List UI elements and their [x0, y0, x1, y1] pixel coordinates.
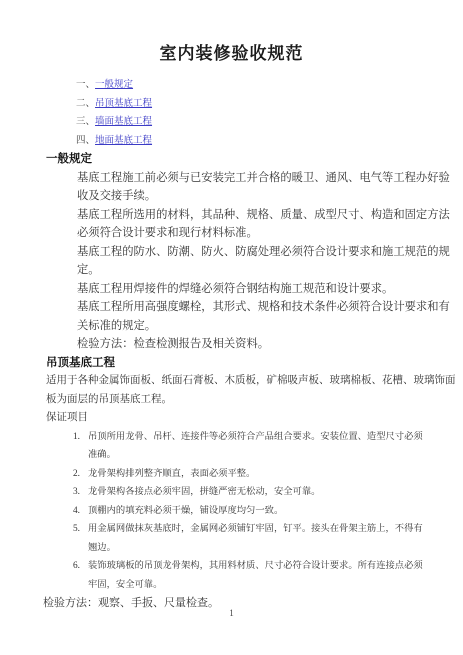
section-heading-ceiling-base: 吊顶基底工程 [46, 354, 463, 373]
toc-item-number: 四、 [76, 136, 95, 146]
list-item-text: 装饰玻璃板的吊顶龙骨架构，其用料材质、尺寸必符合设计要求。所有连接点必须牢固，安… [88, 557, 425, 594]
paragraph: 基底工程所选用的材料，其品种、规格、质量、成型尺寸、构造和固定方法必须符合设计要… [77, 206, 454, 243]
toc-link-wall-base[interactable]: 墙面基底工程 [95, 117, 152, 127]
table-of-contents: 一、一般规定 二、吊顶基底工程 三、墙面基底工程 四、地面基底工程 [76, 76, 463, 150]
toc-item: 二、吊顶基底工程 [76, 95, 463, 114]
toc-item-number: 二、 [76, 99, 95, 109]
page-title: 室内装修验收规范 [0, 0, 463, 66]
section-intro: 适用于各种金属饰面板、纸面石膏板、木质板，矿棉吸声板、玻璃棉板、花槽、玻璃饰面板… [46, 372, 459, 409]
toc-item-number: 三、 [76, 117, 95, 127]
toc-item-number: 一、 [76, 80, 95, 90]
inspection-method-line: 检验方法：检查检测报告及相关资料。 [77, 335, 454, 354]
list-item-text: 吊顶所用龙骨、吊杆、连接件等必须符合产品组合要求。安装位置、造型尺寸必须准确。 [88, 428, 425, 465]
list-item-number: 3. [73, 483, 88, 502]
paragraph: 基底工程所用高强度螺栓，其形式、规格和技术条件必须符合设计要求和有关标准的规定。 [77, 298, 454, 335]
document-page: 室内装修验收规范 一、一般规定 二、吊顶基底工程 三、墙面基底工程 四、地面基底… [0, 0, 463, 655]
toc-link-floor-base[interactable]: 地面基底工程 [95, 136, 152, 146]
toc-link-ceiling-base[interactable]: 吊顶基底工程 [95, 99, 152, 109]
paragraph: 基底工程施工前必须与已安装完工并合格的暖卫、通风、电气等工程办好验收及交接手续。 [77, 169, 454, 206]
list-item: 6. 装饰玻璃板的吊顶龙骨架构，其用料材质、尺寸必符合设计要求。所有连接点必须牢… [73, 557, 463, 594]
list-item: 1. 吊顶所用龙骨、吊杆、连接件等必须符合产品组合要求。安装位置、造型尺寸必须准… [73, 428, 463, 465]
list-item: 5. 用金属网做抹灰基底时，金属网必须铺钉牢固，钉平。接头在骨架主筋上，不得有翘… [73, 520, 463, 557]
paragraph: 基底工程用焊接件的焊缝必须符合钢结构施工规范和设计要求。 [77, 280, 454, 299]
toc-item: 一、一般规定 [76, 76, 463, 95]
numbered-list: 1. 吊顶所用龙骨、吊杆、连接件等必须符合产品组合要求。安装位置、造型尺寸必须准… [73, 428, 463, 595]
toc-link-general-rules[interactable]: 一般规定 [95, 80, 133, 90]
list-item: 2. 龙骨架构排列整齐顺直，表面必须平整。 [73, 465, 463, 484]
list-item-number: 1. [73, 428, 88, 465]
list-item-number: 4. [73, 502, 88, 521]
toc-item: 四、地面基底工程 [76, 132, 463, 151]
list-item-text: 龙骨架构各接点必须牢固，拼缝严密无松动，安全可靠。 [88, 483, 425, 502]
paragraph: 基底工程的防水、防潮、防火、防腐处理必须符合设计要求和施工规范的规定。 [77, 243, 454, 280]
list-item-text: 龙骨架构排列整齐顺直，表面必须平整。 [88, 465, 425, 484]
section-heading-general-rules: 一般规定 [46, 150, 463, 169]
list-item-text: 用金属网做抹灰基底时，金属网必须铺钉牢固，钉平。接头在骨架主筋上，不得有翘边。 [88, 520, 425, 557]
guarantee-items-subheading: 保证项目 [46, 409, 463, 428]
list-item-number: 5. [73, 520, 88, 557]
list-item: 3. 龙骨架构各接点必须牢固，拼缝严密无松动，安全可靠。 [73, 483, 463, 502]
list-item-number: 2. [73, 465, 88, 484]
list-item: 4. 顶棚内的填充料必须干燥，铺设厚度均匀一致。 [73, 502, 463, 521]
toc-item: 三、墙面基底工程 [76, 113, 463, 132]
page-number: 1 [0, 608, 463, 618]
list-item-number: 6. [73, 557, 88, 594]
list-item-text: 顶棚内的填充料必须干燥，铺设厚度均匀一致。 [88, 502, 425, 521]
